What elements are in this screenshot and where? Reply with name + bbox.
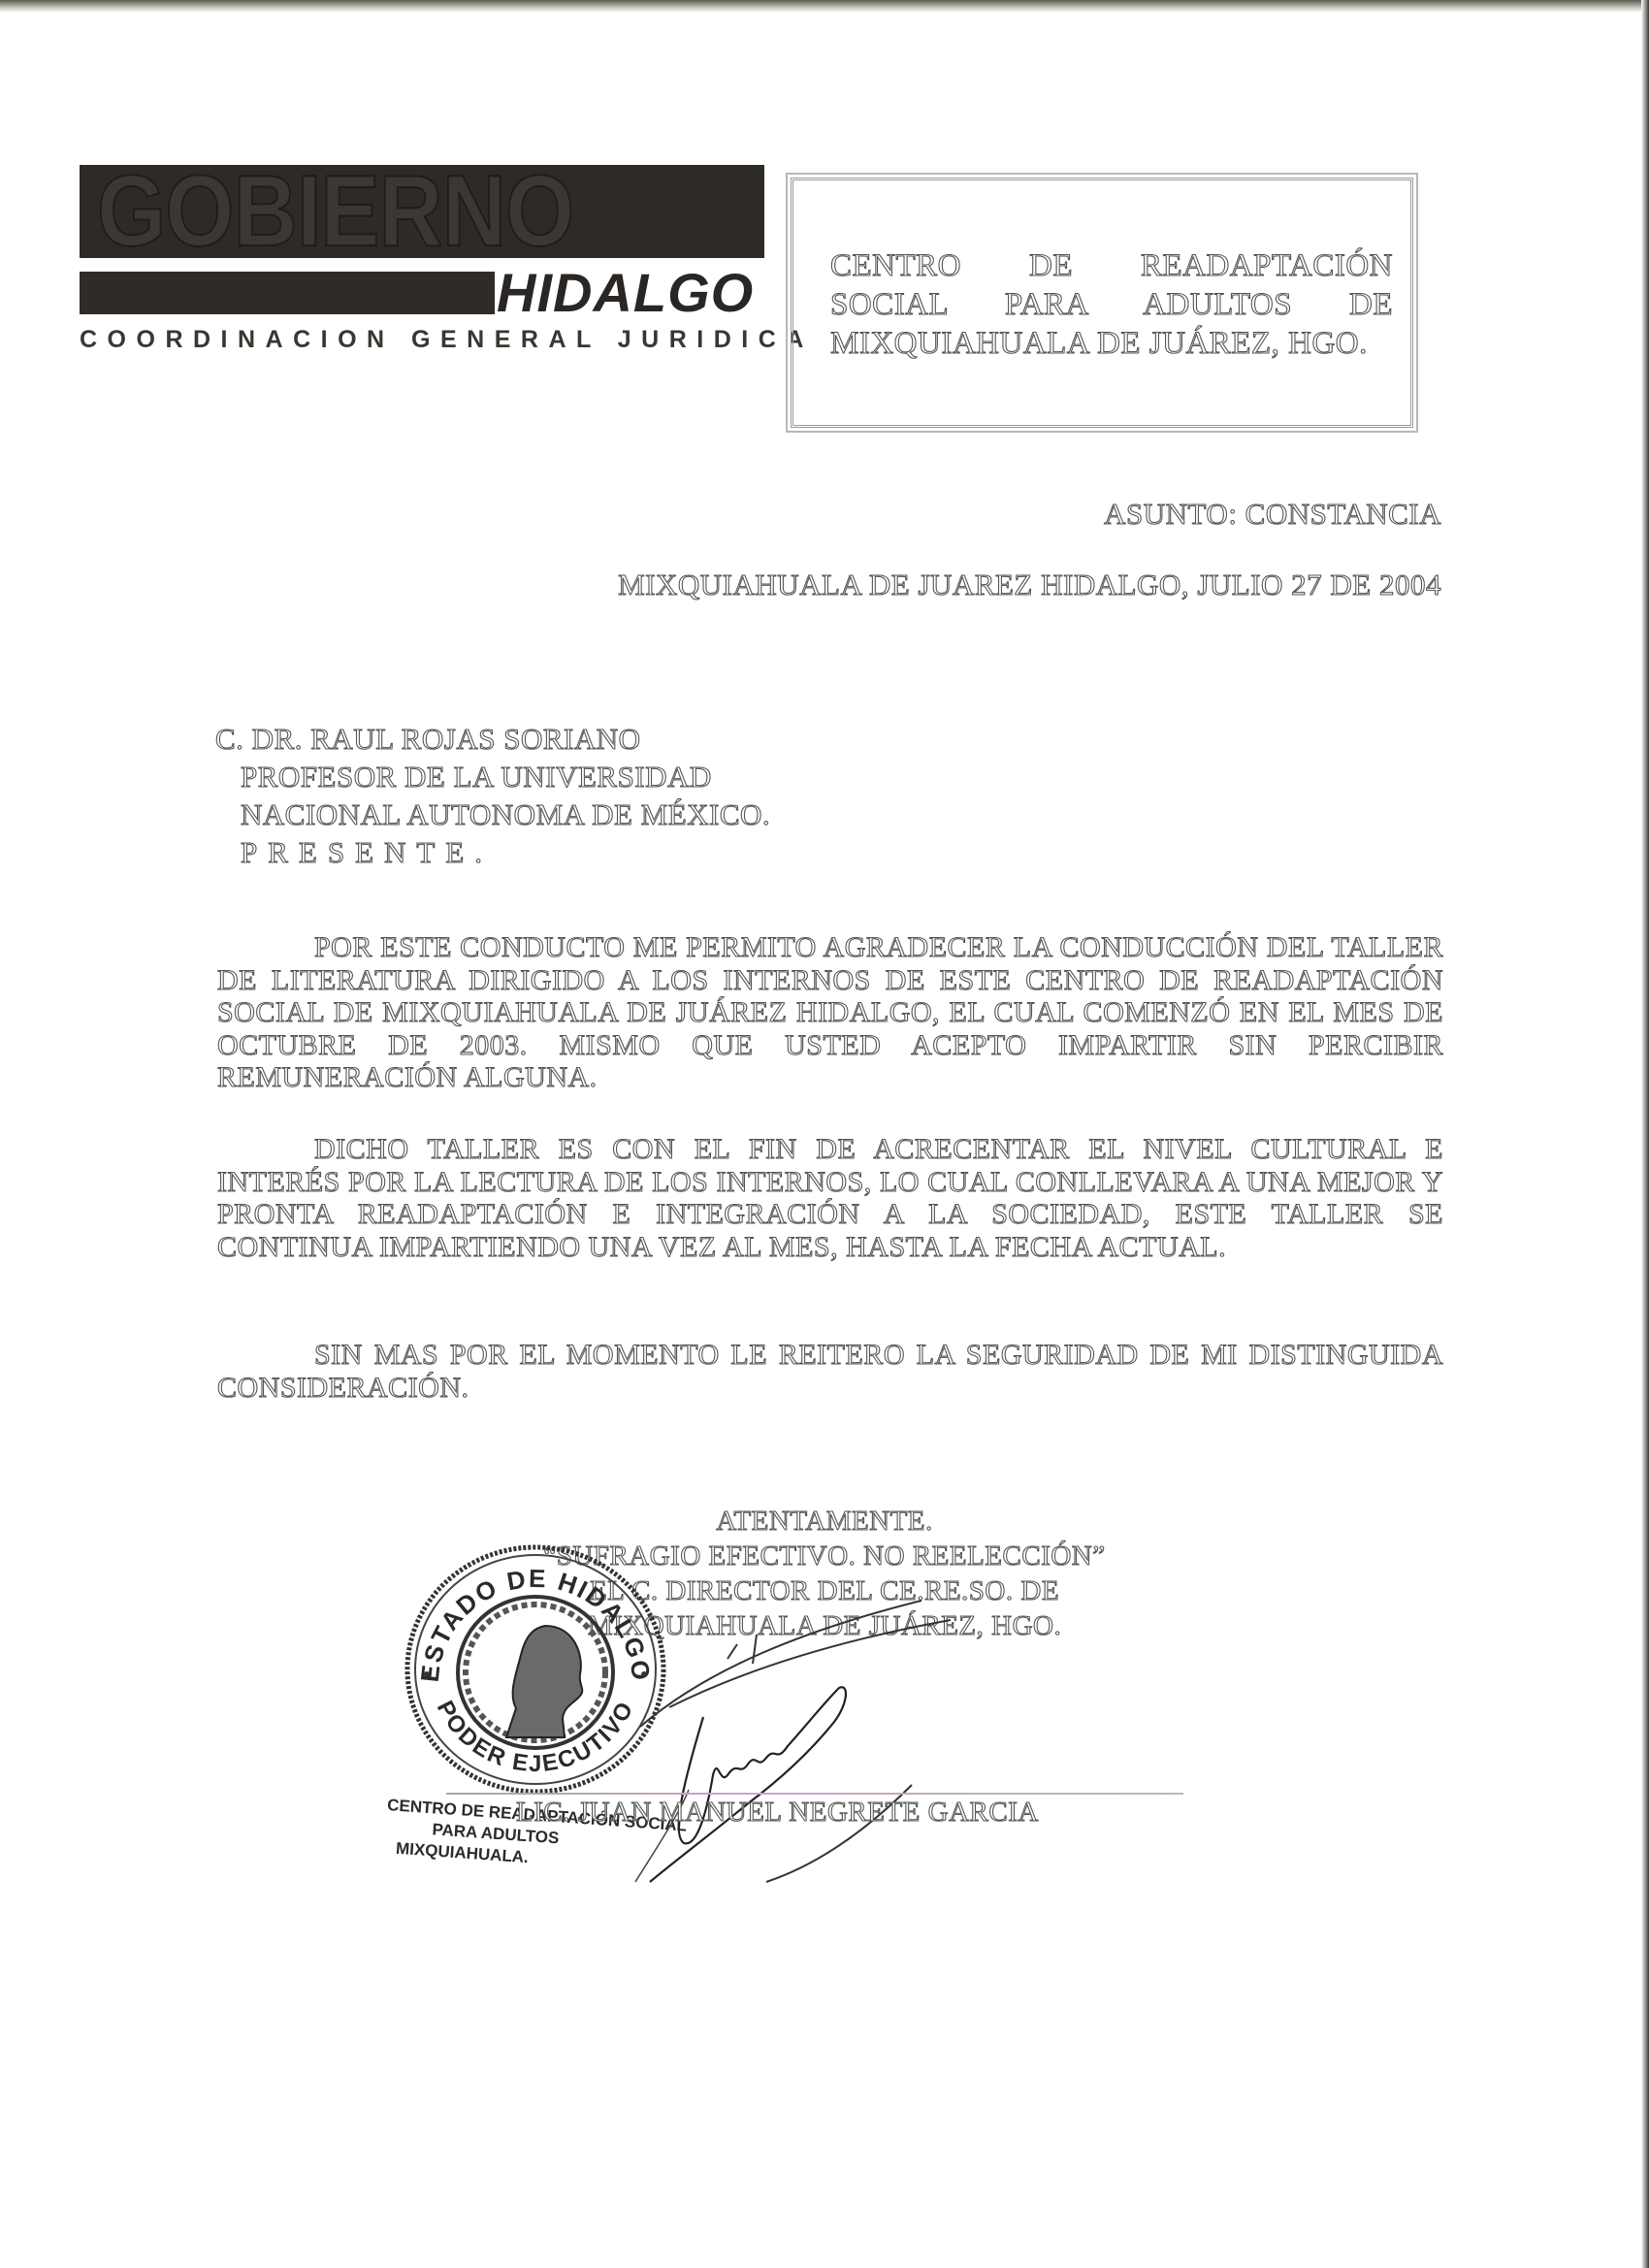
recipient-name: C. DR. RAUL ROJAS SORIANO (215, 720, 770, 758)
place-date: MIXQUIAHUALA DE JUAREZ HIDALGO, JULIO 27… (618, 567, 1441, 602)
recipient-block: C. DR. RAUL ROJAS SORIANO PROFESOR DE LA… (215, 720, 770, 871)
subject-line: ASUNTO: CONSTANCIA (1104, 497, 1441, 532)
signature-line (446, 1793, 1183, 1795)
logo-word-hidalgo: HIDALGO (497, 266, 754, 320)
closing-atentamente: ATENTAMENTE. (504, 1504, 1145, 1539)
logo-band-lower (330, 272, 495, 314)
body-paragraph-1: POR ESTE CONDUCTO ME PERMITO AGRADECER L… (217, 931, 1443, 1094)
recipient-institution: NACIONAL AUTONOMA DE MÉXICO. (215, 795, 770, 833)
recipient-title: PROFESOR DE LA UNIVERSIDAD (215, 758, 770, 795)
body-paragraph-3: SIN MAS POR EL MOMENTO LE REITERO LA SEG… (217, 1339, 1443, 1404)
paragraph-text: SIN MAS POR EL MOMENTO LE REITERO LA SEG… (217, 1339, 1443, 1404)
recipient-presente: PRESENTE. (215, 833, 770, 871)
paragraph-text: DICHO TALLER ES CON EL FIN DE ACRECENTAR… (217, 1133, 1443, 1263)
scan-edge-right (1641, 0, 1649, 2268)
logo-subtitle: COORDINACION GENERAL JURIDICA (80, 326, 778, 354)
logo-band-lower (80, 272, 330, 314)
institution-name: CENTRO DE READAPTACIÓN SOCIAL PARA ADULT… (830, 246, 1393, 363)
institution-box: CENTRO DE READAPTACIÓN SOCIAL PARA ADULT… (791, 178, 1413, 428)
signer-name: LIC. JUAN MANUEL NEGRETE GARCIA (516, 1797, 1039, 1829)
scan-edge-top (0, 0, 1649, 12)
paragraph-text: POR ESTE CONDUCTO ME PERMITO AGRADECER L… (217, 931, 1443, 1093)
signature-icon (630, 1591, 1038, 1901)
body-paragraph-2: DICHO TALLER ES CON EL FIN DE ACRECENTAR… (217, 1133, 1443, 1263)
logo-word-gobierno: GOBIERNO (97, 163, 677, 260)
